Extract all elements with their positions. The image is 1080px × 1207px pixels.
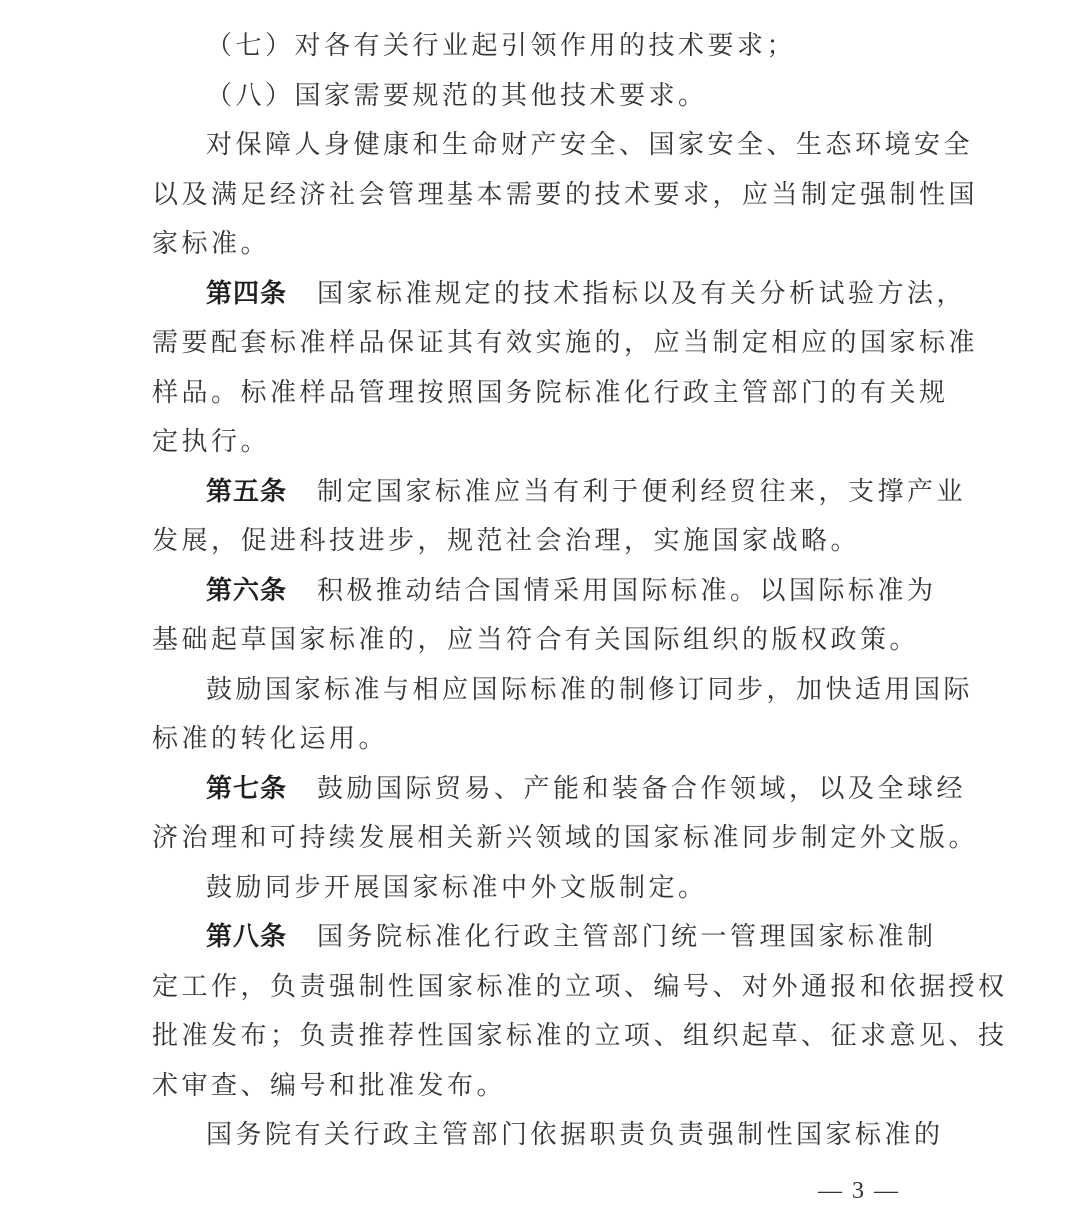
text-line: （七）对各有关行业起引领作用的技术要求； [152,22,930,72]
line-text: 基础起草国家标准的，应当符合有关国际组织的版权政策。 [152,625,919,655]
text-line: 术审查、编号和批准发布。 [152,1062,930,1112]
article-6-line: 第六条积极推动结合国情采用国际标准。以国际标准为 [152,567,930,617]
line-text: 鼓励国家标准与相应国际标准的制修订同步，加快适用国际 [206,675,973,705]
text-line: 需要配套标准样品保证其有效实施的，应当制定相应的国家标准 [152,319,930,369]
article-4-line: 第四条国家标准规定的技术指标以及有关分析试验方法， [152,270,930,320]
article-number: 第八条 [206,922,287,952]
text-line: 定执行。 [152,418,930,468]
text-line: 国务院有关行政主管部门依据职责负责强制性国家标准的 [152,1111,930,1161]
line-text: 批准发布；负责推荐性国家标准的立项、组织起草、征求意见、技 [152,1021,1008,1051]
document-page: （七）对各有关行业起引领作用的技术要求； （八）国家需要规范的其他技术要求。 对… [152,22,930,1161]
article-number: 第四条 [206,279,287,309]
text-line: 样品。标准样品管理按照国务院标准化行政主管部门的有关规 [152,369,930,419]
line-text: 定工作，负责强制性国家标准的立项、编号、对外通报和依据授权 [152,972,1008,1002]
article-5-line: 第五条制定国家标准应当有利于便利经贸往来，支撑产业 [152,468,930,518]
line-text: 鼓励国际贸易、产能和装备合作领域，以及全球经 [317,774,966,804]
line-text: 定执行。 [152,427,270,457]
line-text: 制定国家标准应当有利于便利经贸往来，支撑产业 [317,477,966,507]
text-line: 对保障人身健康和生命财产安全、国家安全、生态环境安全 [152,121,930,171]
text-line: 以及满足经济社会管理基本需要的技术要求，应当制定强制性国 [152,171,930,221]
text-line: 标准的转化运用。 [152,715,930,765]
line-text: 鼓励同步开展国家标准中外文版制定。 [206,873,708,903]
text-line: 鼓励国家标准与相应国际标准的制修订同步，加快适用国际 [152,666,930,716]
line-text: 术审查、编号和批准发布。 [152,1071,506,1101]
line-text: 样品。标准样品管理按照国务院标准化行政主管部门的有关规 [152,378,949,408]
text-line: 基础起草国家标准的，应当符合有关国际组织的版权政策。 [152,616,930,666]
text-line: 发展，促进科技进步，规范社会治理，实施国家战略。 [152,517,930,567]
text-line: （八）国家需要规范的其他技术要求。 [152,72,930,122]
text-line: 济治理和可持续发展相关新兴领域的国家标准同步制定外文版。 [152,814,930,864]
line-text: 积极推动结合国情采用国际标准。以国际标准为 [317,576,937,606]
text-line: 定工作，负责强制性国家标准的立项、编号、对外通报和依据授权 [152,963,930,1013]
text-line: 批准发布；负责推荐性国家标准的立项、组织起草、征求意见、技 [152,1012,930,1062]
line-text: 以及满足经济社会管理基本需要的技术要求，应当制定强制性国 [152,180,978,210]
line-text: 国务院标准化行政主管部门统一管理国家标准制 [317,922,937,952]
line-text: 发展，促进科技进步，规范社会治理，实施国家战略。 [152,526,860,556]
line-text: 需要配套标准样品保证其有效实施的，应当制定相应的国家标准 [152,328,978,358]
text-line: 家标准。 [152,220,930,270]
line-text: 国务院有关行政主管部门依据职责负责强制性国家标准的 [206,1120,944,1150]
line-text: （七）对各有关行业起引领作用的技术要求； [206,31,796,61]
line-text: 家标准。 [152,229,270,259]
page-number: — 3 — [818,1178,900,1205]
article-8-line: 第八条国务院标准化行政主管部门统一管理国家标准制 [152,913,930,963]
line-text: 济治理和可持续发展相关新兴领域的国家标准同步制定外文版。 [152,823,978,853]
line-text: 对保障人身健康和生命财产安全、国家安全、生态环境安全 [206,130,973,160]
line-text: 国家标准规定的技术指标以及有关分析试验方法， [317,279,966,309]
article-number: 第五条 [206,477,287,507]
line-text: （八）国家需要规范的其他技术要求。 [206,81,708,111]
text-line: 鼓励同步开展国家标准中外文版制定。 [152,864,930,914]
line-text: 标准的转化运用。 [152,724,388,754]
article-number: 第六条 [206,576,287,606]
article-7-line: 第七条鼓励国际贸易、产能和装备合作领域，以及全球经 [152,765,930,815]
article-number: 第七条 [206,774,287,804]
